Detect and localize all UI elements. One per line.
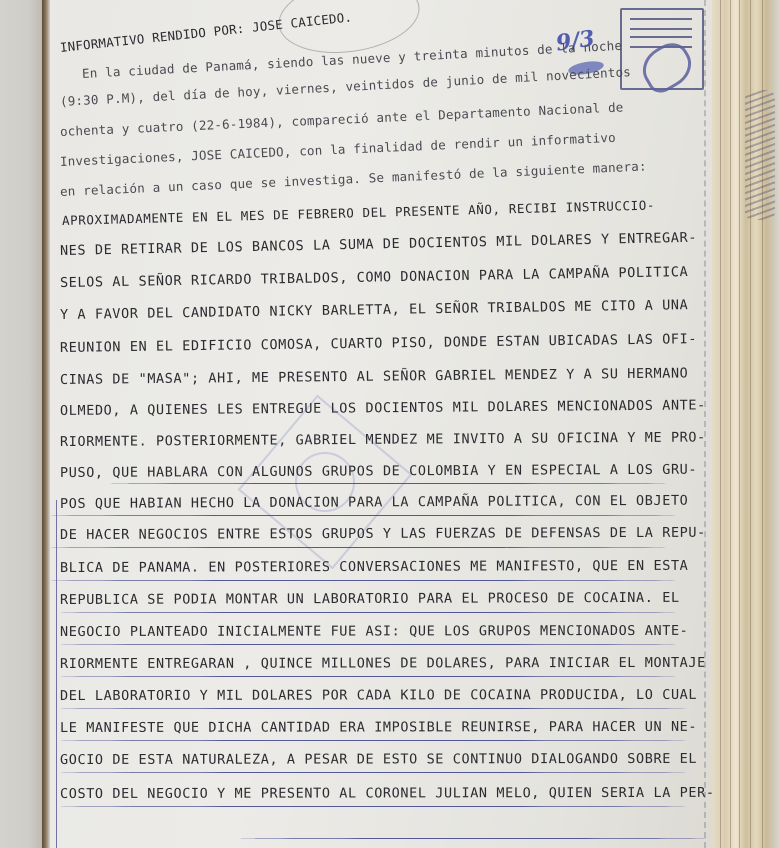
typed-text: INFORMATIVO RENDIDO POR: JOSE CAICEDO. E… — [48, 0, 716, 848]
text-line: REUNION EN EL EDIFICIO COMOSA, CUARTO PI… — [60, 331, 697, 356]
document-header: INFORMATIVO RENDIDO POR: JOSE CAICEDO. — [59, 9, 353, 55]
pen-underline — [48, 515, 678, 516]
text-line: BLICA DE PANAMA. EN POSTERIORES CONVERSA… — [60, 558, 688, 576]
pen-underline — [48, 547, 668, 548]
text-line: APROXIMADAMENTE EN EL MES DE FEBRERO DEL… — [62, 197, 655, 228]
text-line: Y A FAVOR DEL CANDIDATO NICKY BARLETTA, … — [60, 297, 689, 323]
page-edge-markings — [745, 90, 775, 220]
pen-underline — [58, 644, 678, 645]
background-left — [0, 0, 48, 848]
text-line: LE MANIFESTE QUE DICHA CANTIDAD ERA IMPO… — [60, 719, 697, 736]
pen-underline — [58, 676, 678, 677]
text-line: NEGOCIO PLANTEADO INICIALMENTE FUE ASI: … — [60, 623, 688, 640]
pen-underline — [108, 483, 668, 484]
pen-underline — [48, 580, 678, 581]
text-line: OLMEDO, A QUIENES LES ENTREGUE LOS DOCIE… — [60, 397, 706, 419]
text-line: RIORMENTE ENTREGARAN , QUINCE MILLONES D… — [60, 655, 706, 672]
pen-underline — [58, 772, 688, 773]
document-page: 9/3 INFORMATIVO RENDIDO POR: JOSE CAICED… — [48, 0, 716, 848]
text-line: GOCIO DE ESTA NATURALEZA, A PESAR DE EST… — [60, 751, 697, 768]
text-line: POS QUE HABIAN HECHO LA DONACION PARA LA… — [60, 493, 688, 512]
text-line: NES DE RETIRAR DE LOS BANCOS LA SUMA DE … — [60, 230, 697, 259]
pen-underline — [58, 740, 688, 741]
text-line: DEL LABORATORIO Y MIL DOLARES POR CADA K… — [60, 687, 697, 704]
text-line: COSTO DEL NEGOCIO Y ME PRESENTO AL CORON… — [60, 785, 715, 802]
book-binding-edge — [42, 0, 50, 848]
text-line: RIORMENTE. POSTERIORMENTE, GABRIEL MENDE… — [60, 429, 706, 450]
pen-underline — [58, 612, 678, 613]
text-line: SELOS AL SEÑOR RICARDO TRIBALDOS, COMO D… — [60, 264, 689, 291]
text-line: DE HACER NEGOCIOS ENTRE ESTOS GRUPOS Y L… — [60, 525, 706, 543]
pen-underline — [58, 806, 688, 807]
pen-underline — [58, 708, 688, 709]
text-line: CINAS DE "MASA"; AHI, ME PRESENTO AL SEÑ… — [60, 365, 689, 388]
text-line: REPUBLICA SE PODIA MONTAR UN LABORATORIO… — [60, 590, 680, 608]
text-line: PUSO, QUE HABLARA CON ALGUNOS GRUPOS DE … — [60, 462, 697, 481]
